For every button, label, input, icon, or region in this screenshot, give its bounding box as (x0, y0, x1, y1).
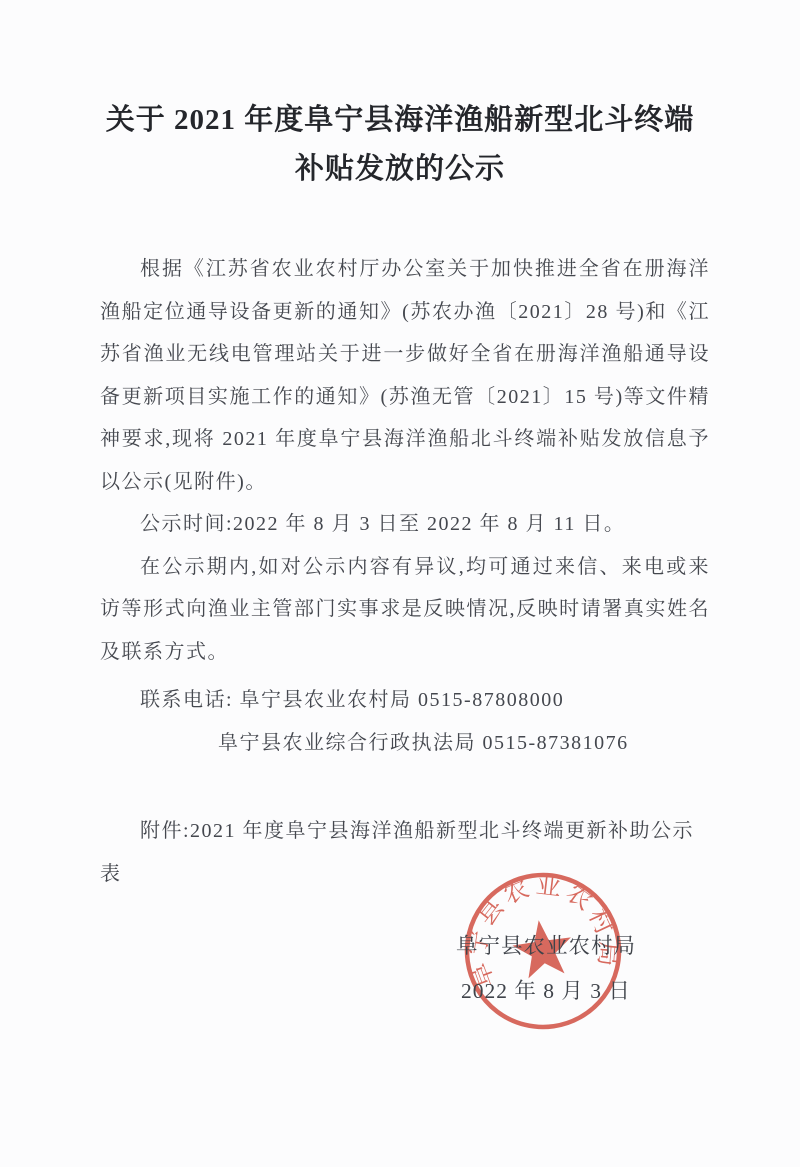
contact-phone-line-2: 阜宁县农业综合行政执法局 0515-87381076 (100, 722, 710, 765)
paragraph-basis: 根据《江苏省农业农村厅办公室关于加快推进全省在册海洋渔船定位通导设备更新的通知》… (100, 248, 710, 503)
contact-phone-line-1: 联系电话: 阜宁县农业农村局 0515-87808000 (100, 679, 710, 722)
notice-document-page: 关于 2021 年度阜宁县海洋渔船新型北斗终端 补贴发放的公示 根据《江苏省农业… (0, 0, 800, 1167)
paragraph-publicity-period: 公示时间:2022 年 8 月 3 日至 2022 年 8 月 11 日。 (100, 503, 710, 546)
notice-body: 根据《江苏省农业农村厅办公室关于加快推进全省在册海洋渔船定位通导设备更新的通知》… (100, 248, 710, 895)
page-title: 关于 2021 年度阜宁县海洋渔船新型北斗终端 补贴发放的公示 (60, 96, 740, 194)
attachment-line: 附件:2021 年度阜宁县海洋渔船新型北斗终端更新补助公示表 (100, 810, 710, 895)
page-title-line-2: 补贴发放的公示 (60, 145, 740, 194)
signature-date: 2022 年 8 月 3 日 (461, 974, 631, 1005)
signature-organization: 阜宁县农业农村局 (456, 929, 636, 960)
page-title-line-1: 关于 2021 年度阜宁县海洋渔船新型北斗终端 (60, 96, 740, 145)
paragraph-objection-notice: 在公示期内,如对公示内容有异议,均可通过来信、来电或来访等形式向渔业主管部门实事… (100, 546, 710, 674)
